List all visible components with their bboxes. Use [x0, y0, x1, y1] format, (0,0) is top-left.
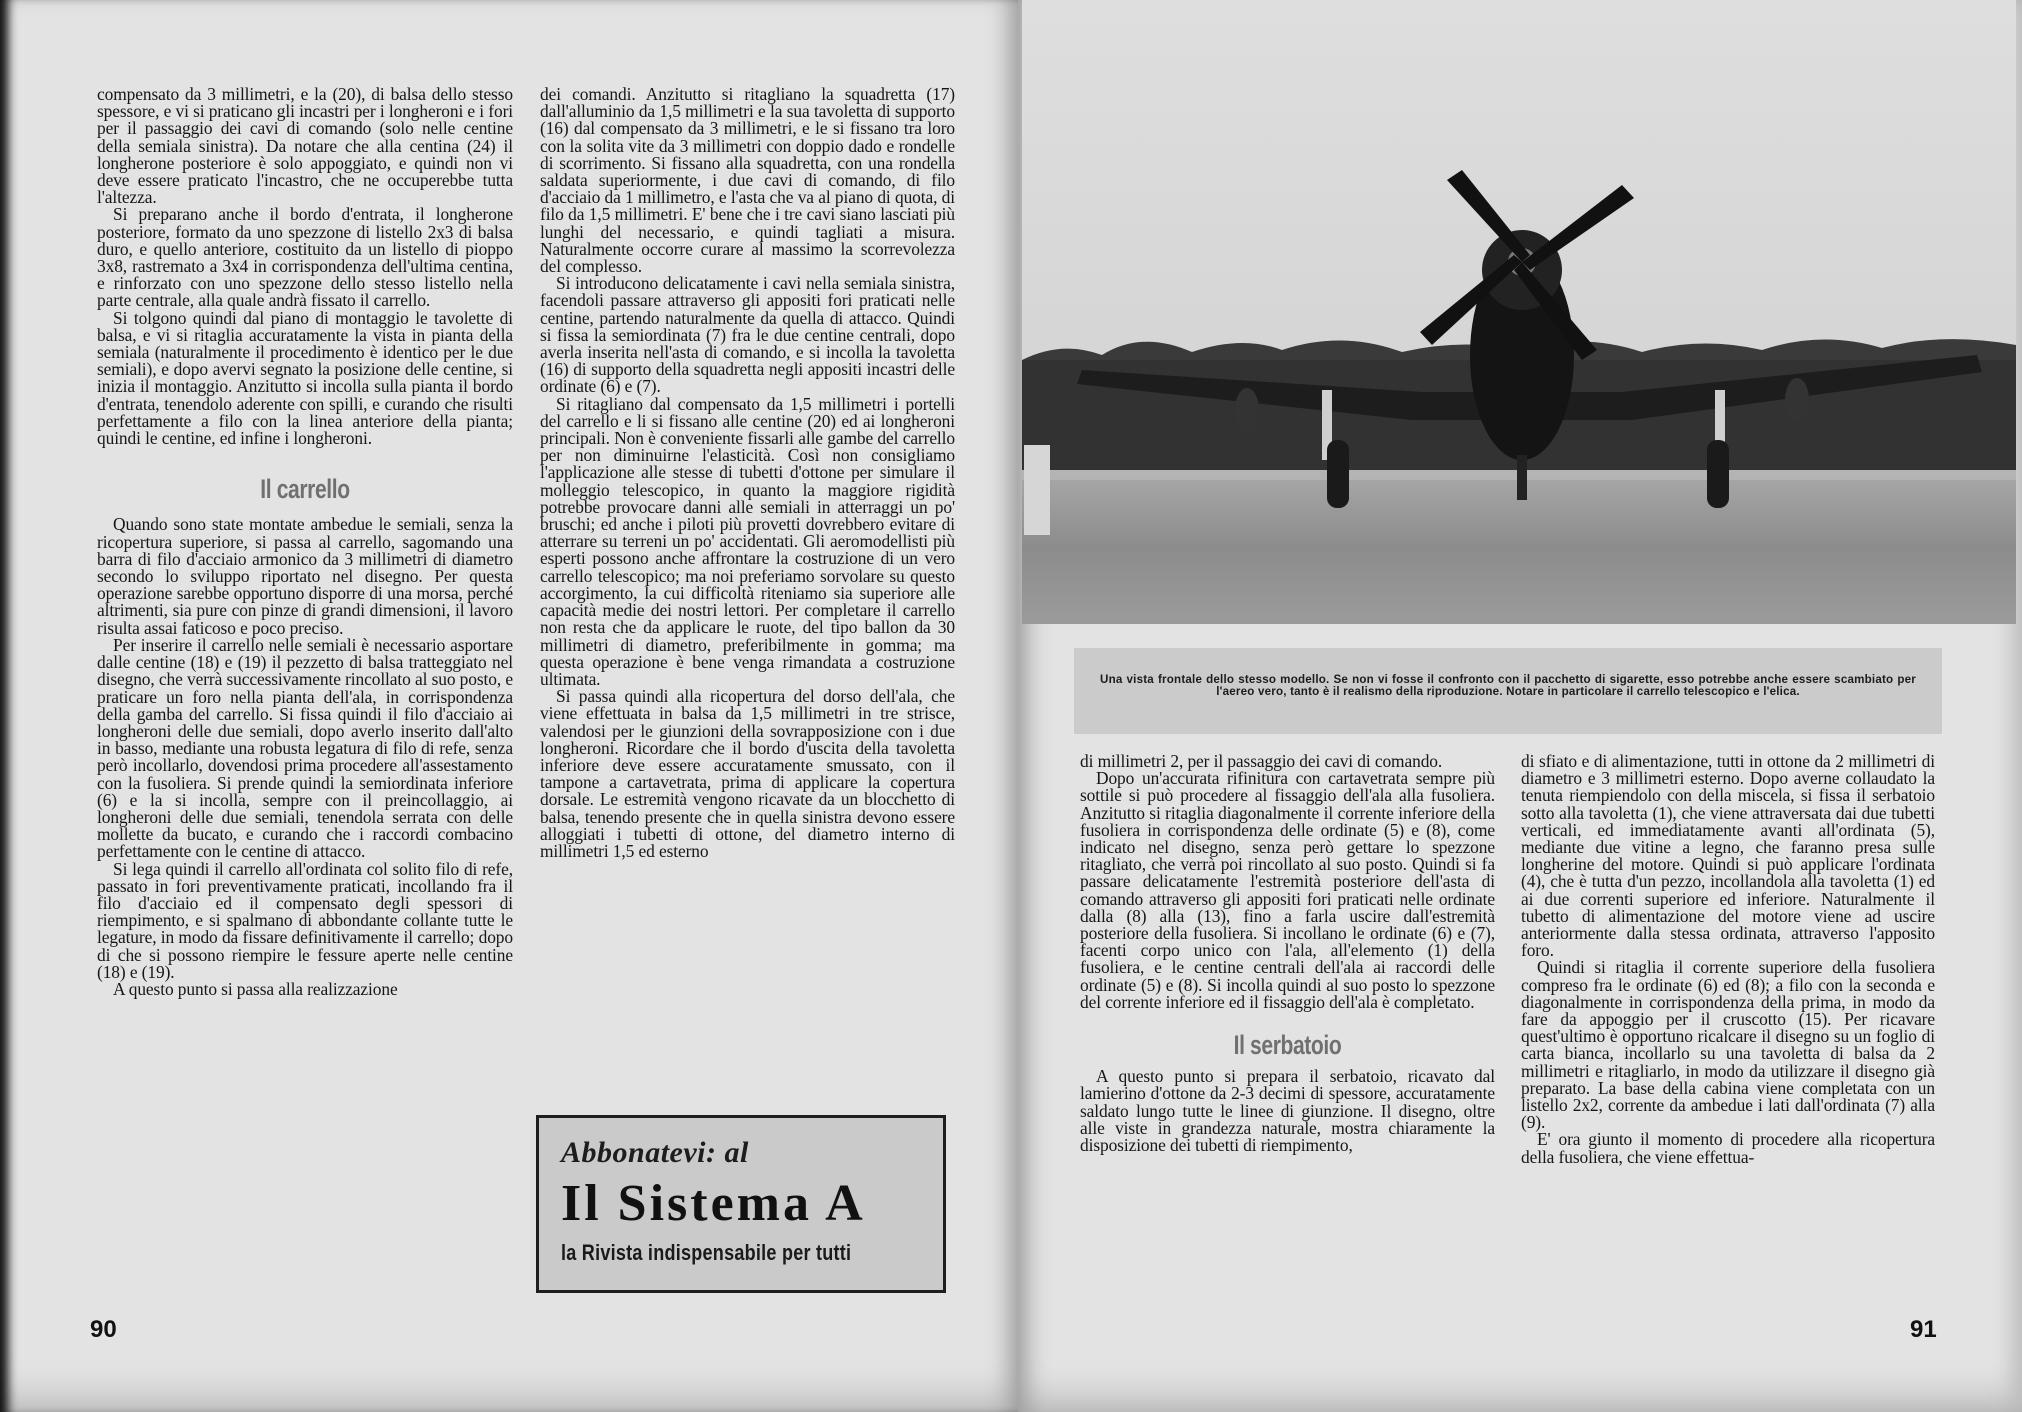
section-heading-serbatoio: Il serbatoio	[1126, 1037, 1450, 1054]
paragraph: Si passa quindi alla ricopertura del dor…	[540, 688, 955, 860]
paragraph: Quindi si ritaglia il corrente superiore…	[1521, 959, 1935, 1131]
photo-caption: Una vista frontale dello stesso modello.…	[1074, 648, 1942, 734]
left-page-column-2: dei comandi. Anzitutto si ritagliano la …	[540, 86, 955, 860]
paragraph: Per inserire il carrello nelle semiali è…	[97, 637, 513, 861]
paragraph: A questo punto si prepara il serbatoio, …	[1080, 1068, 1495, 1154]
ad-subscribe-line: Abbonatevi: al	[561, 1136, 923, 1170]
right-page-column-1: di millimetri 2, per il passaggio dei ca…	[1080, 753, 1495, 1154]
subscription-advertisement: Abbonatevi: al Il Sistema A la Rivista i…	[536, 1115, 946, 1293]
airplane-photo-illustration	[1022, 0, 2016, 624]
paragraph: Si ritagliano dal compensato da 1,5 mill…	[540, 396, 955, 688]
paragraph: E' ora giunto il momento di procedere al…	[1521, 1131, 1935, 1165]
section-heading-carrello: Il carrello	[143, 481, 467, 498]
left-page-column-1: compensato da 3 millimetri, e la (20), d…	[97, 86, 513, 998]
ad-magazine-title: Il Sistema A	[561, 1178, 923, 1230]
page-number-right: 91	[1910, 1316, 1937, 1344]
paragraph: compensato da 3 millimetri, e la (20), d…	[97, 86, 513, 206]
paragraph: Dopo un'accurata rifinitura con cartavet…	[1080, 770, 1495, 1011]
paragraph: Si lega quindi il carrello all'ordinata …	[97, 861, 513, 981]
right-page-column-2: di sfiato e di alimentazione, tutti in o…	[1521, 753, 1935, 1166]
paragraph: di sfiato e di alimentazione, tutti in o…	[1521, 753, 1935, 959]
left-page: compensato da 3 millimetri, e la (20), d…	[0, 0, 1018, 1412]
aircraft-model-photo	[1022, 0, 2016, 624]
caption-text: Una vista frontale dello stesso modello.…	[1100, 673, 1916, 698]
paragraph: Si introducono delicatamente i cavi nell…	[540, 275, 955, 395]
paragraph: dei comandi. Anzitutto si ritagliano la …	[540, 86, 955, 275]
page-number-left: 90	[90, 1316, 117, 1344]
paragraph: Si tolgono quindi dal piano di montaggio…	[97, 310, 513, 448]
ad-tagline: la Rivista indispensabile per tutti	[561, 1240, 858, 1266]
paragraph: Quando sono state montate ambedue le sem…	[97, 516, 513, 636]
paragraph: Si preparano anche il bordo d'entrata, i…	[97, 206, 513, 309]
paragraph: A questo punto si passa alla realizzazio…	[97, 981, 513, 998]
